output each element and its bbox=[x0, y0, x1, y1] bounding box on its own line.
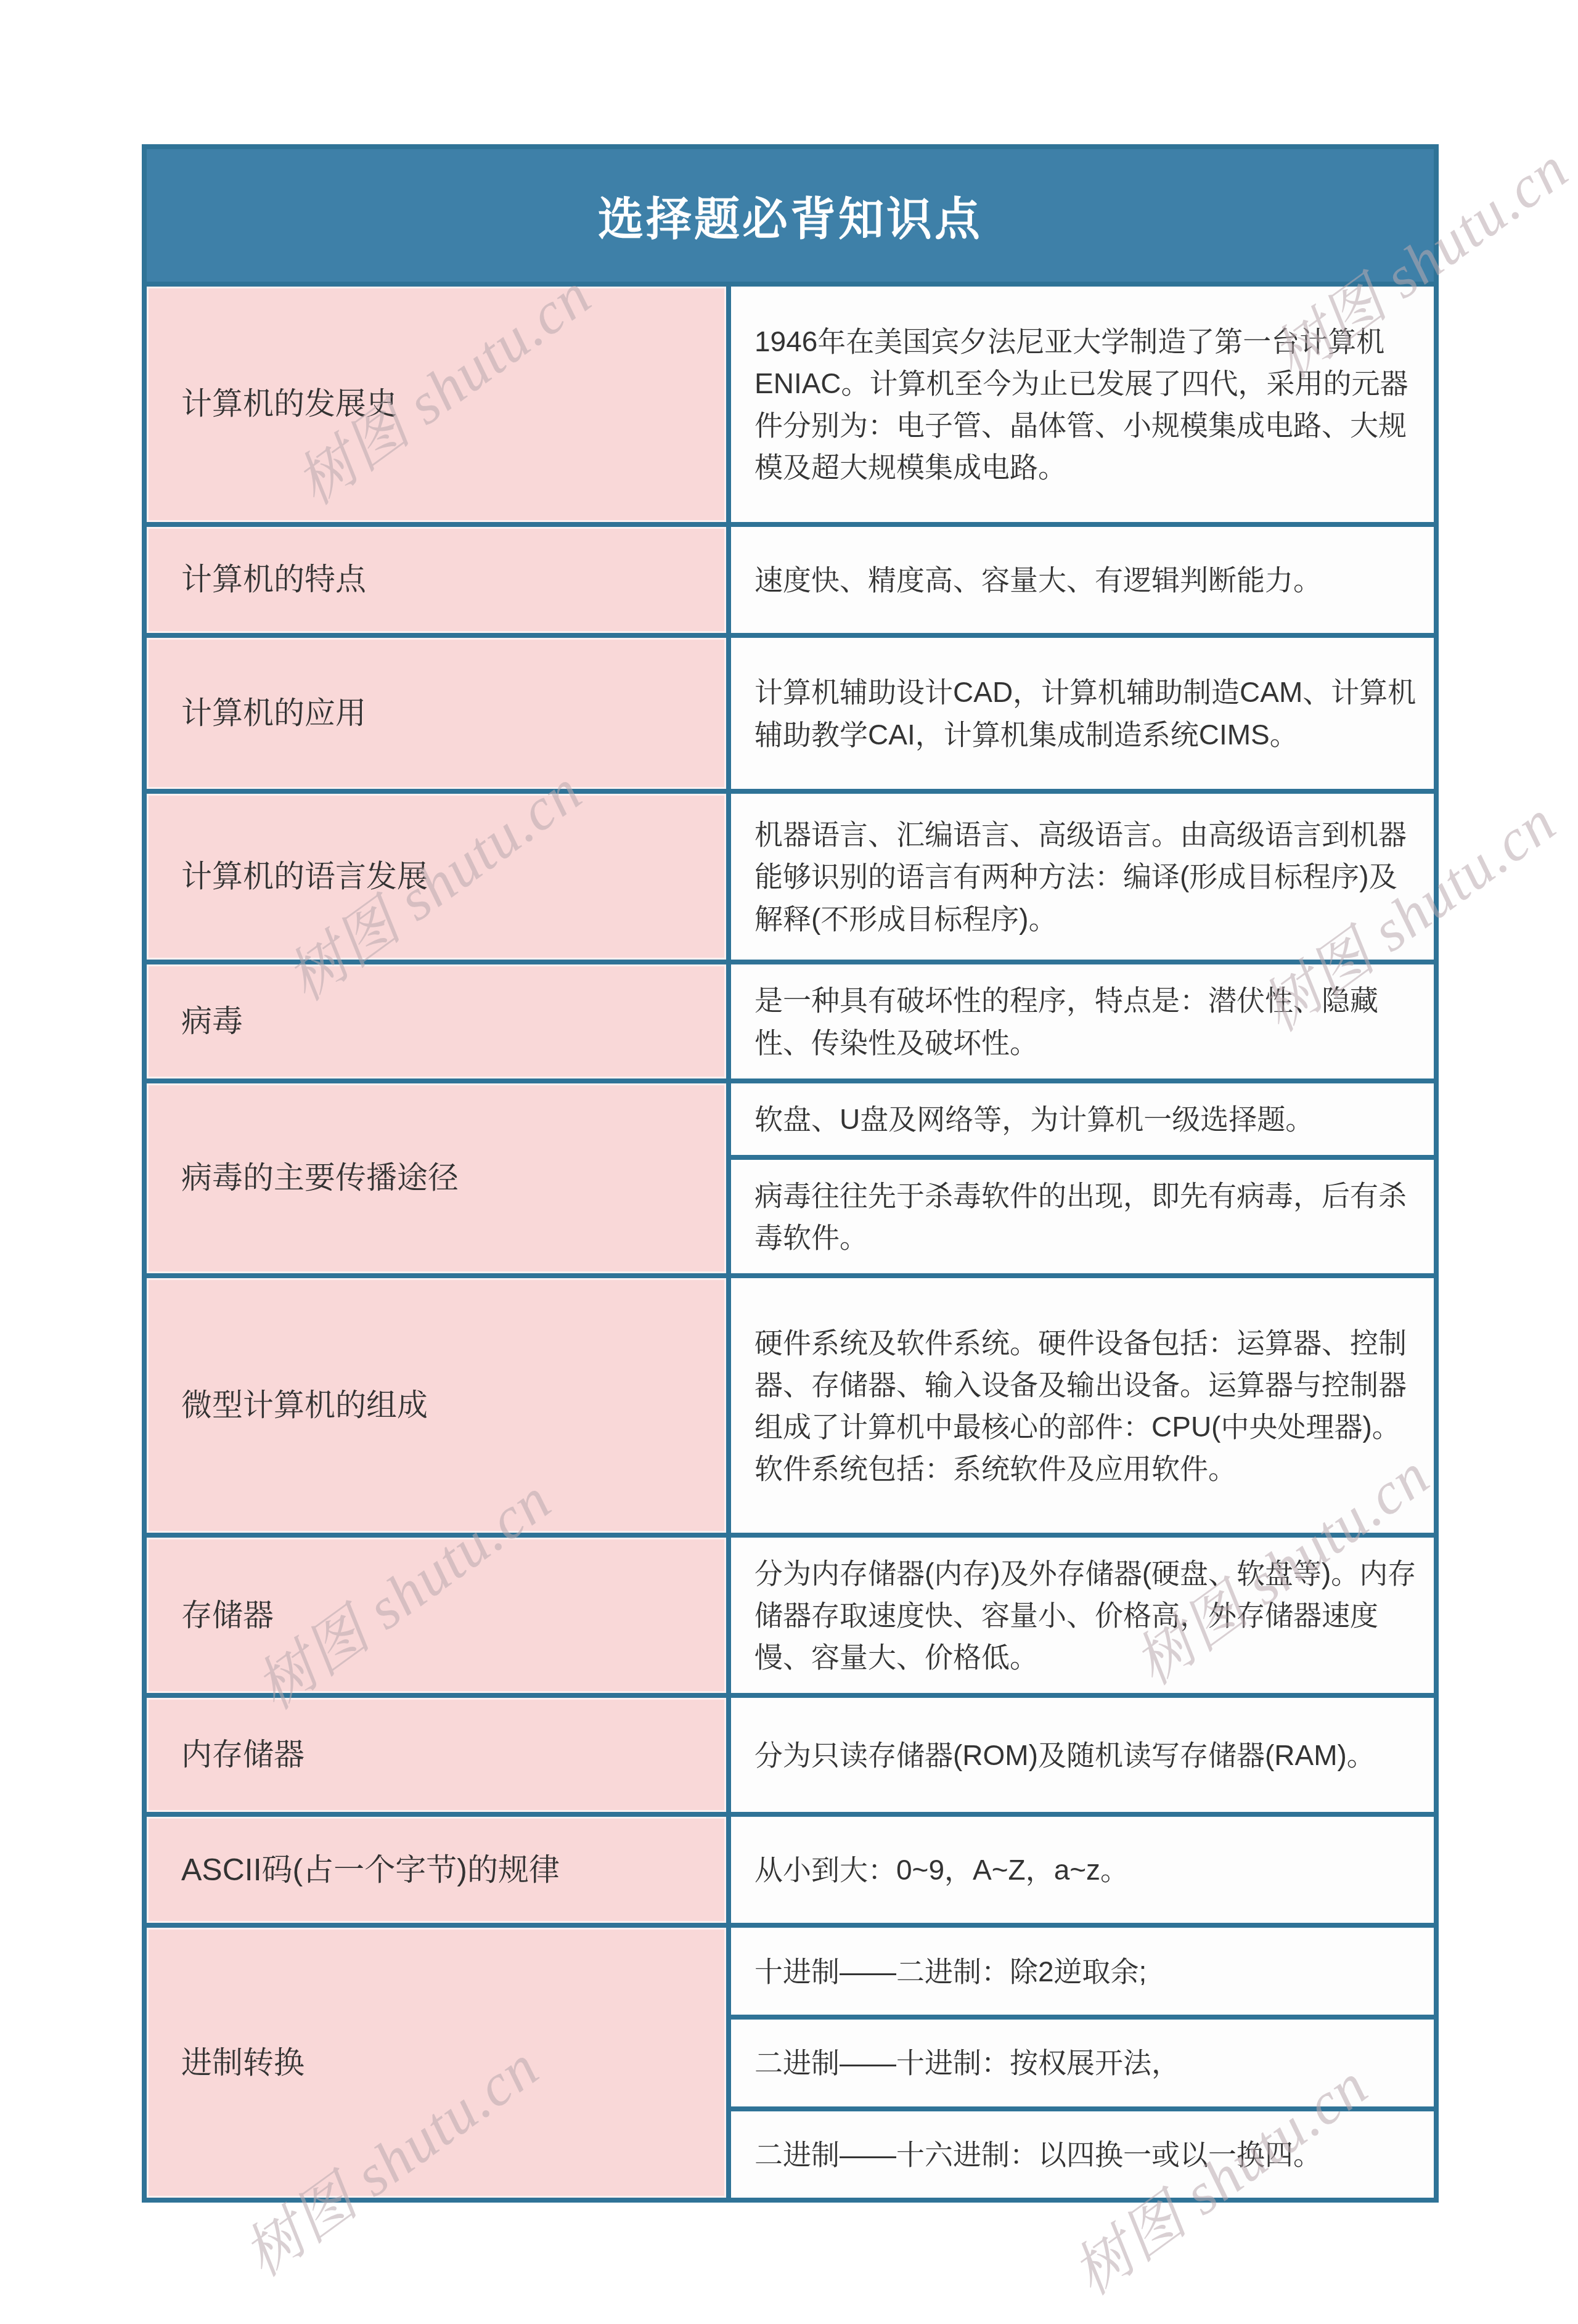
content-cell: 分为内存储器(内存)及外存储器(硬盘、软盘等)。内存储器存取速度快、容量小、价格… bbox=[731, 1538, 1434, 1693]
content-cell: 是一种具有破坏性的程序，特点是：潜伏性、隐藏性、传染性及破坏性。 bbox=[731, 964, 1434, 1078]
topic-cell: 计算机的特点 bbox=[147, 527, 731, 633]
content-text: 硬件系统及软件系统。硬件设备包括：运算器、控制器、存储器、输入设备及输出设备。运… bbox=[754, 1322, 1418, 1490]
topic-cell: 微型计算机的组成 bbox=[147, 1278, 731, 1533]
content-column: 计算机辅助设计CAD，计算机辅助制造CAM、计算机辅助教学CAI，计算机集成制造… bbox=[731, 638, 1434, 789]
content-cell: 1946年在美国宾夕法尼亚大学制造了第一台计算机ENIAC。计算机至今为止已发展… bbox=[731, 287, 1434, 522]
table-row: 内存储器 分为只读存储器(ROM)及随机读写存储器(RAM)。 bbox=[147, 1693, 1434, 1812]
topic-label: 进制转换 bbox=[181, 2042, 305, 2084]
content-text: 分为只读存储器(ROM)及随机读写存储器(RAM)。 bbox=[754, 1734, 1375, 1776]
topic-label: 内存储器 bbox=[181, 1734, 305, 1776]
content-column: 分为只读存储器(ROM)及随机读写存储器(RAM)。 bbox=[731, 1698, 1434, 1812]
content-column: 机器语言、汇编语言、高级语言。由高级语言到机器能够识别的语言有两种方法：编译(形… bbox=[731, 794, 1434, 960]
content-cell: 病毒往往先于杀毒软件的出现，即先有病毒，后有杀毒软件。 bbox=[731, 1155, 1434, 1273]
content-cell: 计算机辅助设计CAD，计算机辅助制造CAM、计算机辅助教学CAI，计算机集成制造… bbox=[731, 638, 1434, 789]
topic-cell: 病毒的主要传播途径 bbox=[147, 1083, 731, 1273]
content-column: 是一种具有破坏性的程序，特点是：潜伏性、隐藏性、传染性及破坏性。 bbox=[731, 964, 1434, 1078]
knowledge-table: 选择题必背知识点 计算机的发展史 1946年在美国宾夕法尼亚大学制造了第一台计算… bbox=[142, 144, 1439, 2203]
content-text: 计算机辅助设计CAD，计算机辅助制造CAM、计算机辅助教学CAI，计算机集成制造… bbox=[754, 671, 1418, 755]
content-column: 十进制——二进制：除2逆取余; 二进制——十进制：按权展开法， 二进制——十六进… bbox=[731, 1928, 1434, 2198]
table-rows: 计算机的发展史 1946年在美国宾夕法尼亚大学制造了第一台计算机ENIAC。计算… bbox=[147, 282, 1434, 2198]
topic-label: 存储器 bbox=[181, 1595, 274, 1637]
content-text: 1946年在美国宾夕法尼亚大学制造了第一台计算机ENIAC。计算机至今为止已发展… bbox=[754, 320, 1418, 488]
topic-cell: 存储器 bbox=[147, 1538, 731, 1693]
topic-cell: ASCII码(占一个字节)的规律 bbox=[147, 1817, 731, 1923]
table-row: 计算机的应用 计算机辅助设计CAD，计算机辅助制造CAM、计算机辅助教学CAI，… bbox=[147, 633, 1434, 789]
table-row: 病毒 是一种具有破坏性的程序，特点是：潜伏性、隐藏性、传染性及破坏性。 bbox=[147, 960, 1434, 1078]
topic-cell: 进制转换 bbox=[147, 1928, 731, 2198]
content-cell: 机器语言、汇编语言、高级语言。由高级语言到机器能够识别的语言有两种方法：编译(形… bbox=[731, 794, 1434, 960]
table-row: 计算机的发展史 1946年在美国宾夕法尼亚大学制造了第一台计算机ENIAC。计算… bbox=[147, 282, 1434, 522]
topic-label: 病毒 bbox=[181, 1001, 243, 1043]
table-row: 存储器 分为内存储器(内存)及外存储器(硬盘、软盘等)。内存储器存取速度快、容量… bbox=[147, 1533, 1434, 1693]
content-column: 1946年在美国宾夕法尼亚大学制造了第一台计算机ENIAC。计算机至今为止已发展… bbox=[731, 287, 1434, 522]
table-row: 病毒的主要传播途径 软盘、U盘及网络等，为计算机一级选择题。 病毒往往先于杀毒软… bbox=[147, 1078, 1434, 1273]
content-text: 二进制——十进制：按权展开法， bbox=[754, 2042, 1180, 2084]
topic-label: 病毒的主要传播途径 bbox=[181, 1157, 459, 1199]
content-text: 速度快、精度高、容量大、有逻辑判断能力。 bbox=[754, 559, 1322, 601]
table-row: 微型计算机的组成 硬件系统及软件系统。硬件设备包括：运算器、控制器、存储器、输入… bbox=[147, 1273, 1434, 1533]
content-text: 病毒往往先于杀毒软件的出现，即先有病毒，后有杀毒软件。 bbox=[754, 1175, 1418, 1258]
content-column: 软盘、U盘及网络等，为计算机一级选择题。 病毒往往先于杀毒软件的出现，即先有病毒… bbox=[731, 1083, 1434, 1273]
topic-cell: 计算机的应用 bbox=[147, 638, 731, 789]
topic-label: 计算机的应用 bbox=[181, 693, 366, 735]
topic-cell: 计算机的发展史 bbox=[147, 287, 731, 522]
topic-label: ASCII码(占一个字节)的规律 bbox=[181, 1849, 560, 1891]
content-cell: 分为只读存储器(ROM)及随机读写存储器(RAM)。 bbox=[731, 1698, 1434, 1812]
topic-cell: 计算机的语言发展 bbox=[147, 794, 731, 960]
topic-cell: 病毒 bbox=[147, 964, 731, 1078]
topic-label: 计算机的语言发展 bbox=[181, 856, 428, 898]
content-text: 是一种具有破坏性的程序，特点是：潜伏性、隐藏性、传染性及破坏性。 bbox=[754, 979, 1418, 1063]
table-row: 进制转换 十进制——二进制：除2逆取余; 二进制——十进制：按权展开法， 二进制… bbox=[147, 1923, 1434, 2198]
content-cell: 十进制——二进制：除2逆取余; bbox=[731, 1928, 1434, 2015]
table-title: 选择题必背知识点 bbox=[147, 149, 1434, 282]
content-text: 机器语言、汇编语言、高级语言。由高级语言到机器能够识别的语言有两种方法：编译(形… bbox=[754, 813, 1418, 939]
table-row: 计算机的特点 速度快、精度高、容量大、有逻辑判断能力。 bbox=[147, 522, 1434, 633]
content-column: 从小到大：0~9，A~Z，a~z。 bbox=[731, 1817, 1434, 1923]
content-column: 速度快、精度高、容量大、有逻辑判断能力。 bbox=[731, 527, 1434, 633]
table-row: ASCII码(占一个字节)的规律 从小到大：0~9，A~Z，a~z。 bbox=[147, 1812, 1434, 1923]
content-cell: 从小到大：0~9，A~Z，a~z。 bbox=[731, 1817, 1434, 1923]
content-text: 软盘、U盘及网络等，为计算机一级选择题。 bbox=[754, 1098, 1314, 1140]
content-column: 分为内存储器(内存)及外存储器(硬盘、软盘等)。内存储器存取速度快、容量小、价格… bbox=[731, 1538, 1434, 1693]
table-row: 计算机的语言发展 机器语言、汇编语言、高级语言。由高级语言到机器能够识别的语言有… bbox=[147, 789, 1434, 960]
topic-cell: 内存储器 bbox=[147, 1698, 731, 1812]
content-text: 分为内存储器(内存)及外存储器(硬盘、软盘等)。内存储器存取速度快、容量小、价格… bbox=[754, 1552, 1418, 1678]
topic-label: 计算机的特点 bbox=[181, 559, 366, 601]
topic-label: 计算机的发展史 bbox=[181, 383, 397, 425]
content-text: 十进制——二进制：除2逆取余; bbox=[754, 1951, 1147, 1992]
content-cell: 速度快、精度高、容量大、有逻辑判断能力。 bbox=[731, 527, 1434, 633]
content-cell: 二进制——十进制：按权展开法， bbox=[731, 2015, 1434, 2106]
content-cell: 软盘、U盘及网络等，为计算机一级选择题。 bbox=[731, 1083, 1434, 1155]
content-column: 硬件系统及软件系统。硬件设备包括：运算器、控制器、存储器、输入设备及输出设备。运… bbox=[731, 1278, 1434, 1533]
content-cell: 二进制——十六进制：以四换一或以一换四。 bbox=[731, 2106, 1434, 2198]
topic-label: 微型计算机的组成 bbox=[181, 1385, 428, 1427]
content-cell: 硬件系统及软件系统。硬件设备包括：运算器、控制器、存储器、输入设备及输出设备。运… bbox=[731, 1278, 1434, 1533]
content-text: 二进制——十六进制：以四换一或以一换四。 bbox=[754, 2134, 1322, 2175]
content-text: 从小到大：0~9，A~Z，a~z。 bbox=[754, 1849, 1129, 1891]
